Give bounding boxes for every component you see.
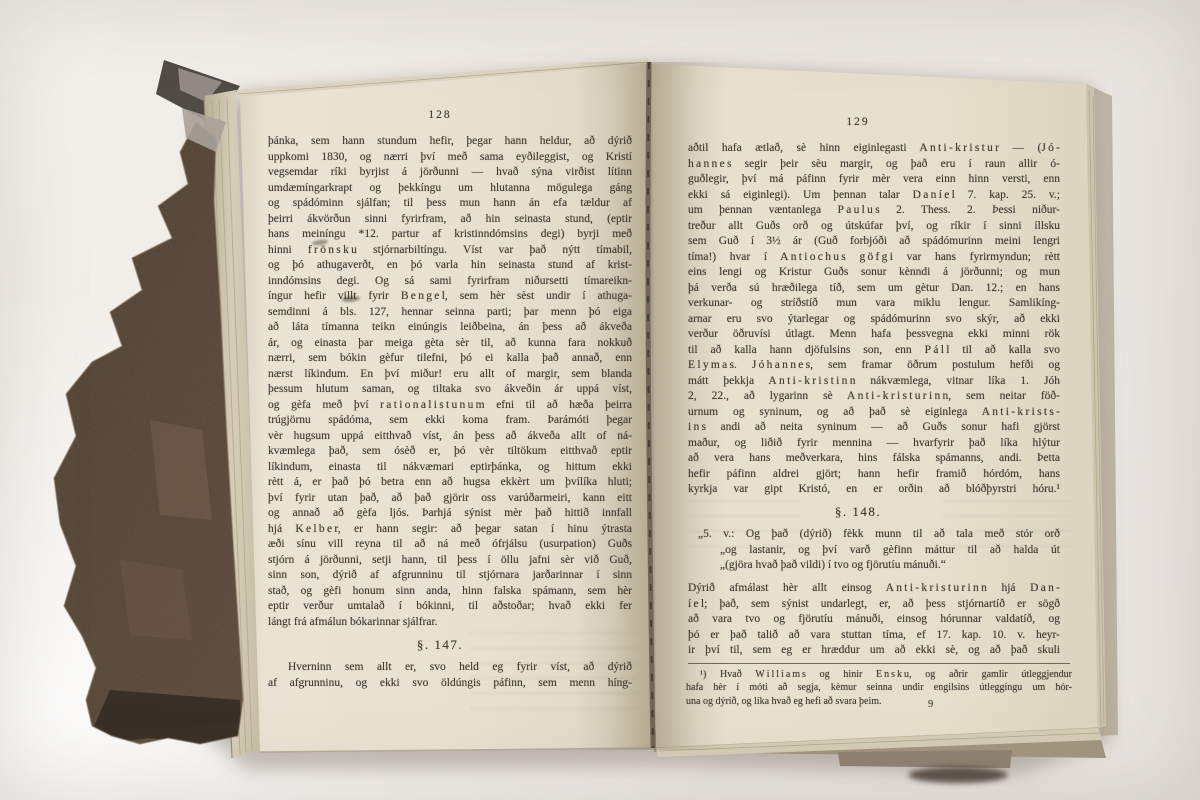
left-page-paragraph: þánka, sem hann stundum hefir, þegar han… [268,134,632,630]
text-line: þánka, sem hann stundum hefir, þegar han… [268,134,632,150]
right-page-number: 129 [688,115,1028,131]
text-line: „og lastanir, og því varð gèfinn máttur … [688,543,1060,559]
right-page-paragraph: aðtil hafa ætlað, sè hinn eiginlegasti A… [688,141,1060,498]
left-section-paragraph: Hverninn sem allt er, svo held eg fyrir … [268,660,632,691]
text-line: mátt þekkja A n t i - k r i s t i n n ná… [688,374,1060,390]
text-line: æði sínu vill reyna til að ná með ófrjál… [268,537,632,553]
text-line: því fyrir utan það, að það gjörir oss va… [268,491,632,507]
text-line: guðlegir, því má páfinn fyrir mèr vera e… [688,172,1060,188]
text-line: ekki sá eiginlegi). Um þennan talar D a … [688,188,1060,204]
text-line: og þó athugaverðt, en þó varla hin seina… [268,258,632,274]
text-line: verkunar- og stríðstíð mun vara miklu le… [688,296,1060,312]
text-line: rètt á, er það þó betra enn að hugsa ekk… [268,475,632,491]
signature-mark: 9 [928,699,933,710]
text-line: stað, og gèfi honum sinn anda, hinn fals… [268,584,632,600]
text-line: i n s andi að neita syninum — að Guðs so… [688,420,1060,436]
text-line: líkindum, einasta til nákvæmari eptirþán… [268,460,632,476]
text-line: þeirri ákvörðun sinni fyrirfram, að hin … [268,212,632,228]
text-line: umdæmíngarkrapt og þekkíngu um hlutanna … [268,181,632,197]
text-line: aðtil hafa ætlað, sè hinn eiginlegasti A… [688,141,1060,157]
text-line: og spádóminn sjálfan; til þess mun hann … [268,196,632,212]
text-line: í e l; það, sem sýnist undarlegt, er, að… [688,597,1060,613]
text-line: verður öðruvísi útlagt. Menn hafa þessve… [688,327,1060,343]
text-line: trúgjörnu spádóma, sem ekki koma fram. Þ… [268,413,632,429]
text-line: urnum og syninum, og að það sè eiginlega… [688,405,1060,421]
text-line: til að kalla hann djöfulsins son, enn P … [688,343,1060,359]
text-line: „(gjöra hvað það vildi) í tvo og fjörutí… [688,558,1060,574]
text-line: og gèfa með því r a t i o n a l i s t u … [268,398,632,414]
text-line: kyrkja var gipt Kristó, en er orðin að b… [688,482,1060,498]
text-line: uppkomi 1830, og nærri því með sama eyði… [268,150,632,166]
text-line: ¹) Hvað W i l l i a m s og hinir E n s k… [686,668,1072,681]
right-section-paragraph: Dýrið afmálast hèr allt einsog A n t i -… [688,581,1060,659]
printed-text-layer: 128 þánka, sem hann stundum hefir, þegar… [0,0,1200,800]
text-line: hinni f r ö n s k u stjórnarbiltíngu. Ví… [268,243,632,259]
text-line: Hverninn sem allt er, svo held eg fyrir … [268,660,632,676]
text-line: að vera hans meðverkara, hins fálska spá… [688,451,1060,467]
text-line: „5. v.: Og það (dýrið) fèkk munn til að … [688,527,1060,543]
text-line: 2, 22., að lygarinn sè A n t i - k r i s… [688,389,1060,405]
text-line: hefir páfinn aldrei gjört; hann hefir fr… [688,467,1060,483]
text-line: um þennan væntanlega P a u l u s 2. Thes… [688,203,1060,219]
text-line: að láta tímanna teikn einúngis leiðbeina… [268,320,632,336]
scripture-quote: „5. v.: Og það (dýrið) fèkk munn til að … [688,527,1060,574]
text-line: E l y m a s. J ó h a n n e s, sem framar… [688,358,1060,374]
text-line: lángt frá afmálun bókarinnar sjálfrar. [268,615,632,631]
text-line: nærst líkindum. En því miður! eru allt o… [268,367,632,383]
text-line: af afgrunninu, og ekki svo öldúngis páfi… [268,676,632,692]
text-line: eptir verður umtalað í bókinni, til aðst… [268,599,632,615]
text-line: maður, og liðið fyrir mennina — hvarfyri… [688,436,1060,452]
left-page-number: 128 [270,108,610,124]
text-line: sinn son, dýrið af afgrunninu til stjórn… [268,568,632,584]
text-line: h a n n e s segir þeir sèu margir, og þa… [688,157,1060,173]
text-line: Dýrið afmálast hèr allt einsog A n t i -… [688,581,1060,597]
text-line: tíma!) hvar í A n t i o c h u s g ö f g … [688,250,1060,266]
text-line: kvæmlega það, sem ósèð er, þó vèr tiltök… [268,444,632,460]
text-line: ir því til, sem eg er hræddur um að ekki… [688,643,1060,659]
text-line: hjá K e l b e r, er hann segir: að þegar… [268,522,632,538]
footnote: ¹) Hvað W i l l i a m s og hinir E n s k… [686,668,1072,708]
footnote-rule [688,663,1070,664]
text-line: stjórn á jörðunni, setji hann, til þess … [268,553,632,569]
book-photo: 128 þánka, sem hann stundum hefir, þegar… [0,0,1200,800]
text-line: þó er það talið að vara stuttan tíma, ef… [688,628,1060,644]
text-line: vèr hugsum uppá eitthvað víst, án þess a… [268,429,632,445]
text-line: treður allt Guðs orð og útskúfar því, og… [688,219,1060,235]
text-line: að vara tvo og fjörutíu mánuði, einsog h… [688,612,1060,628]
text-line: nærri, sem bókin gèfur tilefni, þó ei ka… [268,351,632,367]
text-line: íngur hefir villt fyrir B e n g e l, sem… [268,289,632,305]
text-line: ár, og einasta þar meiga gèta sèr til, a… [268,336,632,352]
text-line: semdinni á bls. 127, hennar seinna parti… [268,305,632,321]
right-section-heading: §. 148. [688,504,1028,520]
text-line: una og dýrið, og líka hvað eg hefi að sv… [686,695,1072,708]
text-line: þá verða sú hræðilega tíð, sem um gètur … [688,281,1060,297]
text-line: hafa hèr í móti að segja, kèmur seinna u… [686,681,1072,694]
text-line: inndómsins degi. Og sá sami fyrirfram ni… [268,274,632,290]
text-line: og annað að gèfa ljós. Þarhjá sýnist mèr… [268,506,632,522]
text-line: arnar eru svo ýtarlegar og spádómurinn s… [688,312,1060,328]
text-line: eins lengi og Kristur Guðs sonur kènndi … [688,265,1060,281]
left-section-heading: §. 147. [270,637,610,653]
text-line: sem Guð í 3½ ár (Guð forbjóði að spádómu… [688,234,1060,250]
text-line: vegsemdar ríki byrjist á jörðunni — hvað… [268,165,632,181]
text-line: þessum hlutum saman, og tiltaka svo ákve… [268,382,632,398]
